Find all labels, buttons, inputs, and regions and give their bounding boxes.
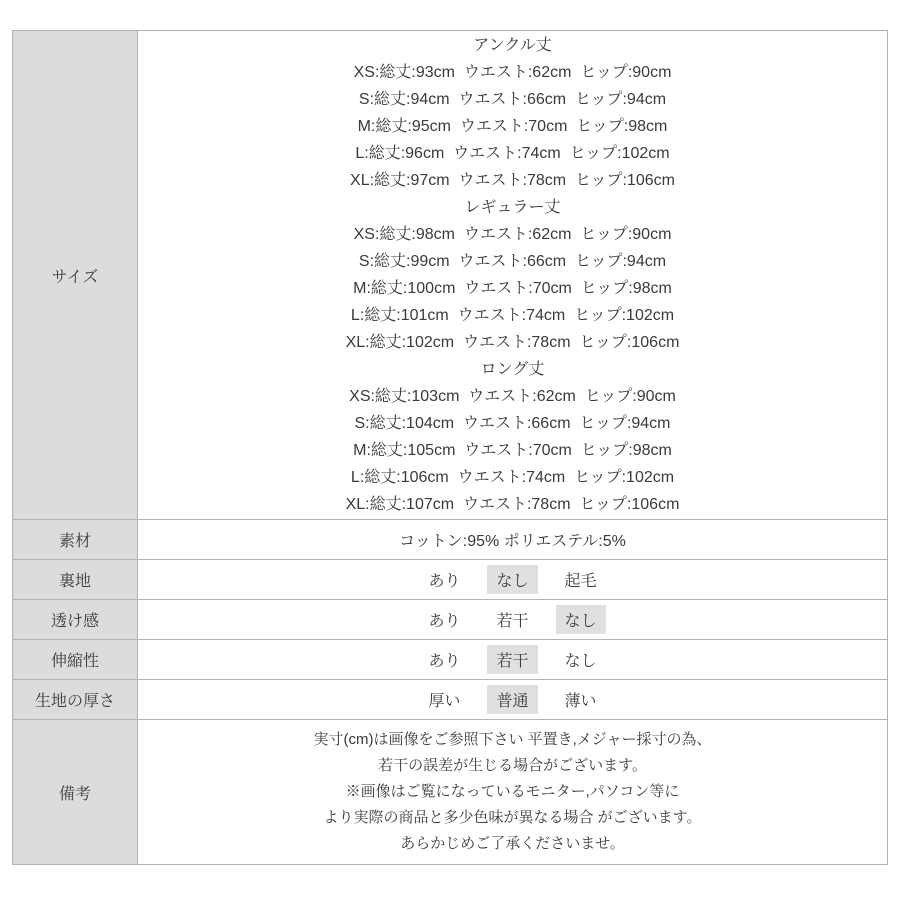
option-selected: なし: [487, 565, 537, 594]
row-label-thickness: 生地の厚さ: [13, 680, 138, 719]
size-measurement-line: XL:総丈:102cm ウエスト:78cm ヒップ:106cm: [346, 329, 680, 356]
remarks-line: 若干の誤差が生じる場合がございます。: [378, 753, 647, 779]
option: あり: [419, 565, 469, 594]
size-measurement-line: L:総丈:101cm ウエスト:74cm ヒップ:102cm: [351, 302, 674, 329]
size-measurement-line: S:総丈:104cm ウエスト:66cm ヒップ:94cm: [354, 410, 670, 437]
size-measurement-line: S:総丈:94cm ウエスト:66cm ヒップ:94cm: [359, 86, 666, 113]
row-label-stretch: 伸縮性: [13, 640, 138, 679]
size-chart: アンクル丈XS:総丈:93cm ウエスト:62cm ヒップ:90cmS:総丈:9…: [138, 31, 887, 519]
stretch-options: あり若干なし: [138, 640, 887, 679]
size-measurement-line: M:総丈:105cm ウエスト:70cm ヒップ:98cm: [353, 437, 672, 464]
size-measurement-line: L:総丈:106cm ウエスト:74cm ヒップ:102cm: [351, 464, 674, 491]
material-value-cell: コットン:95% ポリエステル:5%: [138, 520, 887, 559]
size-measurement-line: XS:総丈:98cm ウエスト:62cm ヒップ:90cm: [354, 221, 672, 248]
row-label-lining: 裏地: [13, 560, 138, 599]
remarks-line: より実際の商品と多少色味が異なる場合 がございます。: [324, 805, 702, 831]
table-row-stretch: 伸縮性 あり若干なし: [13, 640, 887, 680]
size-measurement-line: XL:総丈:97cm ウエスト:78cm ヒップ:106cm: [350, 167, 675, 194]
row-label-sheerness: 透け感: [13, 600, 138, 639]
thickness-options: 厚い普通薄い: [138, 680, 887, 719]
size-measurement-line: XS:総丈:93cm ウエスト:62cm ヒップ:90cm: [354, 59, 672, 86]
table-row-material: 素材 コットン:95% ポリエステル:5%: [13, 520, 887, 560]
option-selected: 若干: [487, 645, 537, 674]
option: 若干: [487, 605, 537, 634]
option: なし: [556, 645, 606, 674]
option: 起毛: [556, 565, 606, 594]
row-label-size: サイズ: [13, 31, 138, 519]
row-label-material: 素材: [13, 520, 138, 559]
product-spec-table: サイズ アンクル丈XS:総丈:93cm ウエスト:62cm ヒップ:90cmS:…: [12, 30, 888, 865]
table-row-size: サイズ アンクル丈XS:総丈:93cm ウエスト:62cm ヒップ:90cmS:…: [13, 31, 887, 520]
size-measurement-line: S:総丈:99cm ウエスト:66cm ヒップ:94cm: [359, 248, 666, 275]
size-section-heading: アンクル丈: [473, 32, 552, 59]
row-label-remarks: 備考: [13, 720, 138, 864]
size-section-heading: レギュラー丈: [464, 194, 560, 221]
table-row-sheerness: 透け感 あり若干なし: [13, 600, 887, 640]
size-measurement-line: XL:総丈:107cm ウエスト:78cm ヒップ:106cm: [346, 491, 680, 518]
size-section-heading: ロング丈: [481, 356, 545, 383]
sheerness-options: あり若干なし: [138, 600, 887, 639]
option: 厚い: [419, 685, 469, 714]
material-value: コットン:95% ポリエステル:5%: [399, 528, 626, 551]
option: あり: [419, 605, 469, 634]
remarks-line: ※画像はご覧になっているモニター,パソコン等に: [346, 779, 680, 805]
remarks-line: 実寸(cm)は画像をご参照下さい 平置き,メジャー採寸の為、: [313, 727, 711, 753]
lining-options: ありなし起毛: [138, 560, 887, 599]
remarks-text: 実寸(cm)は画像をご参照下さい 平置き,メジャー採寸の為、若干の誤差が生じる場…: [138, 720, 887, 864]
size-measurement-line: M:総丈:100cm ウエスト:70cm ヒップ:98cm: [353, 275, 672, 302]
option-selected: なし: [556, 605, 606, 634]
option-selected: 普通: [487, 685, 537, 714]
table-row-lining: 裏地 ありなし起毛: [13, 560, 887, 600]
size-measurement-line: M:総丈:95cm ウエスト:70cm ヒップ:98cm: [358, 113, 668, 140]
option: 薄い: [556, 685, 606, 714]
table-row-remarks: 備考 実寸(cm)は画像をご参照下さい 平置き,メジャー採寸の為、若干の誤差が生…: [13, 720, 887, 864]
size-measurement-line: L:総丈:96cm ウエスト:74cm ヒップ:102cm: [355, 140, 669, 167]
remarks-line: あらかじめご了承くださいませ。: [400, 831, 625, 857]
size-measurement-line: XS:総丈:103cm ウエスト:62cm ヒップ:90cm: [349, 383, 676, 410]
option: あり: [419, 645, 469, 674]
table-row-thickness: 生地の厚さ 厚い普通薄い: [13, 680, 887, 720]
